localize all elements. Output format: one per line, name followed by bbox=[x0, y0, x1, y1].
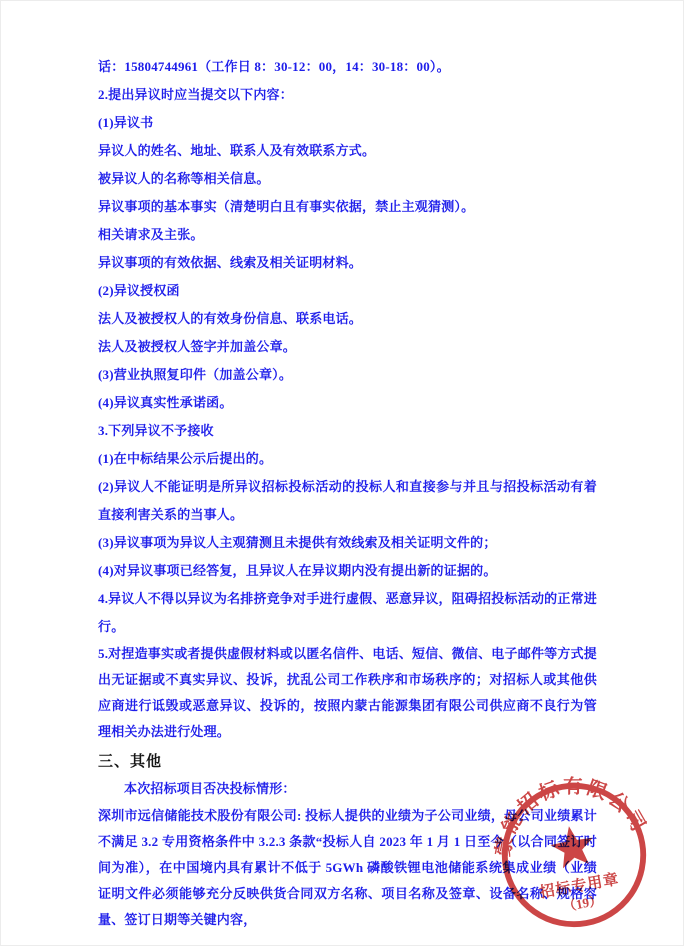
item4-malicious-objection: 4.异议人不得以异议为名排挤竞争对手进行虚假、恶意异议，阻碍招投标活动的正常进行… bbox=[98, 585, 597, 641]
line-basic-facts: 异议事项的基本事实（清楚明白且有事实依据，禁止主观猜测）。 bbox=[98, 193, 597, 221]
item2-heading: 2.提出异议时应当提交以下内容： bbox=[98, 81, 597, 109]
item3-1-after-announcement: (1)在中标结果公示后提出的。 bbox=[98, 445, 597, 473]
line-identity-info: 法人及被授权人的有效身份信息、联系电话。 bbox=[98, 305, 597, 333]
line-respondent-info: 被异议人的名称等相关信息。 bbox=[98, 165, 597, 193]
line-claims: 相关请求及主张。 bbox=[98, 221, 597, 249]
item2-3-business-license: (3)营业执照复印件（加盖公章）。 bbox=[98, 361, 597, 389]
item5-false-materials: 5.对捏造事实或者提供虚假材料或以匿名信件、电话、短信、微信、电子邮件等方式提出… bbox=[98, 641, 597, 745]
item3-2-no-proof-of-interest: (2)异议人不能证明是所异议招标投标活动的投标人和直接参与并且与招投标活动有着直… bbox=[98, 473, 597, 529]
line-signature-seal: 法人及被授权人签字并加盖公章。 bbox=[98, 333, 597, 361]
item2-4-truthfulness-letter: (4)异议真实性承诺函。 bbox=[98, 389, 597, 417]
line-rejection-intro: 本次招标项目否决投标情形： bbox=[98, 775, 597, 803]
item3-3-subjective-guess: (3)异议事项为异议人主观猜测且未提供有效线索及相关证明文件的； bbox=[98, 529, 597, 557]
section-heading-other: 三、其他 bbox=[98, 749, 597, 775]
line-objector-info: 异议人的姓名、地址、联系人及有效联系方式。 bbox=[98, 137, 597, 165]
line-evidence: 异议事项的有效依据、线索及相关证明材料。 bbox=[98, 249, 597, 277]
item3-heading: 3.下列异议不予接收 bbox=[98, 417, 597, 445]
document-page: 话：15804744961（工作日 8：30-12：00，14：30-18：00… bbox=[0, 0, 684, 946]
para-rejection-detail: 深圳市远信储能技术股份有限公司: 投标人提供的业绩为子公司业绩，母公司业绩累计不… bbox=[98, 803, 597, 933]
document-body: 话：15804744961（工作日 8：30-12：00，14：30-18：00… bbox=[98, 53, 597, 933]
item2-2-authorization-letter: (2)异议授权函 bbox=[98, 277, 597, 305]
item2-1-objection-letter: (1)异议书 bbox=[98, 109, 597, 137]
item3-4-already-answered: (4)对异议事项已经答复，且异议人在异议期内没有提出新的证据的。 bbox=[98, 557, 597, 585]
line-contact-phone: 话：15804744961（工作日 8：30-12：00，14：30-18：00… bbox=[98, 53, 597, 81]
